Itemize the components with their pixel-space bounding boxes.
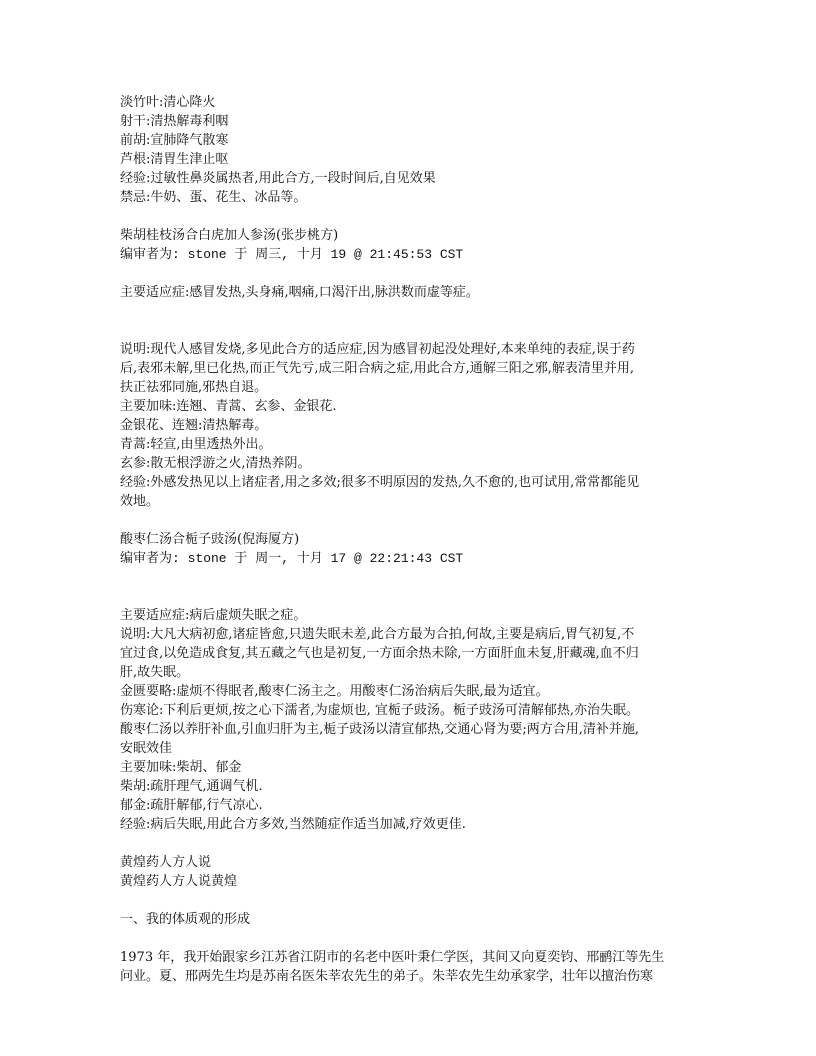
entry-meta: 编审者为: stone 于 周一, 十月 17 @ 22:21:43 CST [120, 549, 700, 568]
text-line: 经验:外感发热见以上诸症者,用之多效;很多不明原因的发热,久不愈的,也可试用,常… [120, 473, 700, 492]
spacer [120, 511, 700, 530]
spacer [120, 207, 700, 226]
text-line: 扶正祛邪同施,邪热自退。 [120, 378, 700, 397]
text-line: 前胡:宣肺降气散寒 [120, 131, 700, 150]
text-line: 酸枣仁汤以养肝补血,引血归肝为主,栀子豉汤以清宣郁热,交通心肾为要;两方合用,清… [120, 720, 700, 739]
document-page: 淡竹叶:清心降火 射干:清热解毒利咽 前胡:宣肺降气散寒 芦根:清胃生津止呕 经… [120, 93, 700, 986]
text-line: 金匮要略:虚烦不得眠者,酸枣仁汤主之。用酸枣仁汤治病后失眠,最为适宜。 [120, 682, 700, 701]
spacer [120, 302, 700, 321]
entry-title: 柴胡桂枝汤合白虎加人参汤(张步桃方) [120, 226, 700, 245]
text-line: 青蒿:轻宣,由里透热外出。 [120, 435, 700, 454]
text-line: 主要加味:连翘、青蒿、玄参、金银花. [120, 397, 700, 416]
spacer [120, 891, 700, 910]
text-line: 说明:现代人感冒发烧,多见此合方的适应症,因为感冒初起没处理好,本来单纯的表症,… [120, 340, 700, 359]
text-line: 宜过食,以免造成食复,其五藏之气也是初复,一方面余热未除,一方面肝血未复,肝藏魂… [120, 644, 700, 663]
text-line: 金银花、连翘:清热解毒。 [120, 416, 700, 435]
text-line: 经验:过敏性鼻炎属热者,用此合方,一段时间后,自见效果 [120, 169, 700, 188]
text-line: 玄参:散无根浮游之火,清热养阴。 [120, 454, 700, 473]
text-line: 说明:大凡大病初愈,诸症皆愈,只遗失眠未差,此合方最为合拍,何故,主要是病后,胃… [120, 625, 700, 644]
spacer [120, 321, 700, 340]
text-line: 淡竹叶:清心降火 [120, 93, 700, 112]
article-subtitle: 黄煌药人方人说黄煌 [120, 872, 700, 891]
article-title: 黄煌药人方人说 [120, 853, 700, 872]
entry-1: 柴胡桂枝汤合白虎加人参汤(张步桃方) 编审者为: stone 于 周三, 十月 … [120, 226, 700, 511]
section1-tail: 淡竹叶:清心降火 射干:清热解毒利咽 前胡:宣肺降气散寒 芦根:清胃生津止呕 经… [120, 93, 700, 207]
text-line: 禁忌:牛奶、蛋、花生、冰品等。 [120, 188, 700, 207]
spacer [120, 264, 700, 283]
text-line: 后,表邪未解,里已化热,而正气先亏,成三阳合病之症,用此合方,通解三阳之邪,解表… [120, 359, 700, 378]
text-line: 安眠效佳 [120, 739, 700, 758]
spacer [120, 929, 700, 948]
article-heading: 一、我的体质观的形成 [120, 910, 700, 929]
text-line: 郁金:疏肝解郁,行气凉心. [120, 796, 700, 815]
entry-indication: 主要适应症:感冒发热,头身痛,咽痛,口渴汗出,脉洪数而虚等症。 [120, 283, 700, 302]
text-line: 柴胡:疏肝理气,通调气机. [120, 777, 700, 796]
entry-title: 酸枣仁汤合栀子豉汤(倪海厦方) [120, 530, 700, 549]
text-line: 问业。夏、邢两先生均是苏南名医朱莘农先生的弟子。朱莘农先生幼承家学，壮年以擅治伤… [120, 967, 700, 986]
text-line: 芦根:清胃生津止呕 [120, 150, 700, 169]
text-line: 效地。 [120, 492, 700, 511]
entry-meta: 编审者为: stone 于 周三, 十月 19 @ 21:45:53 CST [120, 245, 700, 264]
text-line: 主要加味:柴胡、郁金 [120, 758, 700, 777]
text-line: 1973 年，我开始跟家乡江苏省江阴市的名老中医叶秉仁学医，其间又向夏奕钧、邢鹂… [120, 948, 700, 967]
text-line: 经验:病后失眠,用此合方多效,当然随症作适当加减,疗效更佳. [120, 815, 700, 834]
text-line: 肝,故失眠。 [120, 663, 700, 682]
article: 黄煌药人方人说 黄煌药人方人说黄煌 一、我的体质观的形成 1973 年，我开始跟… [120, 853, 700, 986]
text-line: 伤寒论:下利后更烦,按之心下濡者,为虚烦也, 宜栀子豉汤。栀子豉汤可清解郁热,亦… [120, 701, 700, 720]
spacer [120, 568, 700, 587]
spacer [120, 834, 700, 853]
entry-2: 酸枣仁汤合栀子豉汤(倪海厦方) 编审者为: stone 于 周一, 十月 17 … [120, 530, 700, 834]
text-line: 射干:清热解毒利咽 [120, 112, 700, 131]
spacer [120, 587, 700, 606]
text-line: 主要适应症:病后虚烦失眠之症。 [120, 606, 700, 625]
